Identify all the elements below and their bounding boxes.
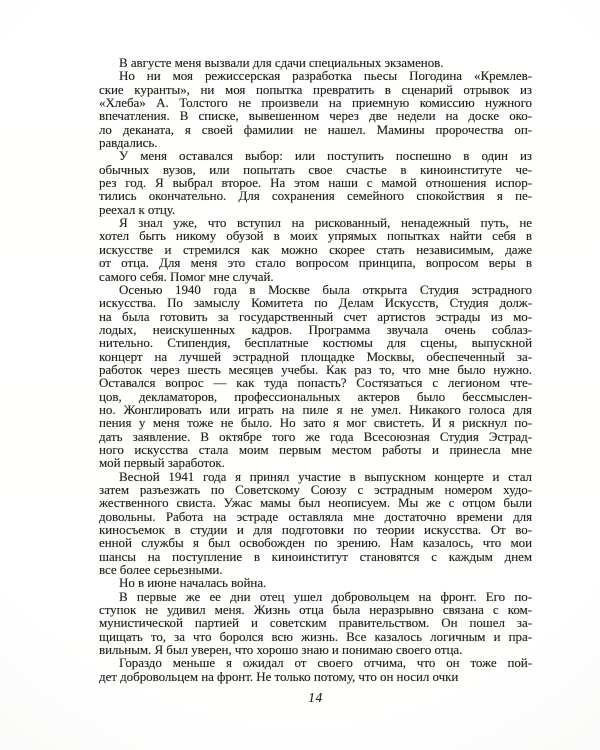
- text-line: киносъемок в студии и для подготовки по …: [99, 523, 532, 536]
- paragraph: У меня оставался выбор: или поступить по…: [99, 149, 532, 216]
- text-line: ло деканата, я своей фамилии не нашел. М…: [99, 123, 532, 136]
- paragraph: Весной 1941 года я принял участие в выпу…: [99, 470, 532, 577]
- paragraph: Осенью 1940 года в Москве была открыта С…: [99, 283, 532, 470]
- scanned-book-page: В августе меня вызвали для сдачи специал…: [0, 0, 600, 750]
- text-line: «Хлеба» А. Толстого не произвели на прие…: [99, 96, 532, 109]
- text-line: концерт на лучшей эстрадной площадке Мос…: [99, 350, 532, 363]
- text-line: искусстве и стремился как можно скорее с…: [99, 243, 532, 256]
- text-line: мунистической партией и советским правит…: [99, 616, 532, 629]
- paragraph: Я знал уже, что вступил на рискованный, …: [99, 216, 532, 283]
- text-line: Осенью 1940 года в Москве была открыта С…: [99, 283, 532, 296]
- text-line: шансы на поступление в киноинститут стан…: [99, 550, 532, 563]
- paragraph: В первые же ее дни отец ушел добровольце…: [99, 590, 532, 657]
- text-line: Но в июне началась война.: [99, 576, 532, 589]
- text-line: ного искусства стала моим первым местом …: [99, 443, 532, 456]
- text-line: тились окончательно. Для сохранения семе…: [99, 189, 532, 202]
- text-line: на была готовить за государственный счет…: [99, 310, 532, 323]
- page-text-block: В августе меня вызвали для сдачи специал…: [99, 56, 532, 683]
- text-line: но. Жонглировать или играть на пиле я не…: [99, 403, 532, 416]
- text-line: рез год. Я выбрал второе. На этом наши с…: [99, 176, 532, 189]
- text-line: Весной 1941 года я принял участие в выпу…: [99, 470, 532, 483]
- text-line: довольны. Работа на эстраде оставляла мн…: [99, 510, 532, 523]
- paragraph: В августе меня вызвали для сдачи специал…: [99, 56, 532, 69]
- text-line: ступок не удивил меня. Жизнь отца была н…: [99, 603, 532, 616]
- text-line: все более серьезными.: [99, 563, 532, 576]
- text-line: ские куранты», ни моя попытка превратить…: [99, 83, 532, 96]
- text-line: работок через шесть месяцев учебы. Как р…: [99, 363, 532, 376]
- text-line: хотел быть никому обузой в моих упрямых …: [99, 229, 532, 242]
- paragraph: Но в июне началась война.: [99, 576, 532, 589]
- text-line: равдались.: [99, 136, 532, 149]
- text-line: У меня оставался выбор: или поступить по…: [99, 149, 532, 162]
- text-line: реехал к отцу.: [99, 203, 532, 216]
- text-line: впечатления. В списке, вывешенном через …: [99, 109, 532, 122]
- text-line: от отца. Для меня это стало вопросом при…: [99, 256, 532, 269]
- text-line: енной службы я был освобожден по зрению.…: [99, 536, 532, 549]
- text-line: обычных вузов, или попытать свое счастье…: [99, 163, 532, 176]
- text-line: В первые же ее дни отец ушел добровольце…: [99, 590, 532, 603]
- page-number: 14: [99, 690, 532, 706]
- text-line: цов, декламаторов, профессиональных акте…: [99, 390, 532, 403]
- text-line: дать заявление. В октябре того же года В…: [99, 430, 532, 443]
- text-line: затем разъезжать по Советскому Союзу с э…: [99, 483, 532, 496]
- text-line: самого себя. Помог мне случай.: [99, 270, 532, 283]
- text-line: нительно. Стипендия, бесплатные костюмы …: [99, 336, 532, 349]
- text-line: Но ни моя режиссерская разработка пьесы …: [99, 69, 532, 82]
- text-line: мой первый заработок.: [99, 456, 532, 469]
- text-line: Я знал уже, что вступил на рискованный, …: [99, 216, 532, 229]
- text-line: щищать то, за что боролся всю жизнь. Все…: [99, 630, 532, 643]
- text-line: В августе меня вызвали для сдачи специал…: [99, 56, 532, 69]
- text-line: жественного свиста. Ужас мамы был неопис…: [99, 496, 532, 509]
- paragraph: Но ни моя режиссерская разработка пьесы …: [99, 69, 532, 149]
- paragraph: Гораздо меньше я ожидал от своего отчима…: [99, 656, 532, 683]
- text-line: пения у меня тоже не было. Но зато я мог…: [99, 416, 532, 429]
- text-line: Оставался вопрос — как туда попасть? Сос…: [99, 376, 532, 389]
- text-line: вильным. Я был уверен, что хорошо знаю и…: [99, 643, 532, 656]
- text-line: дет добровольцем на фронт. Не только пот…: [99, 670, 532, 683]
- text-line: искусства. По замыслу Комитета по Делам …: [99, 296, 532, 309]
- text-line: Гораздо меньше я ожидал от своего отчима…: [99, 656, 532, 669]
- text-line: лодых, неискушенных кадров. Программа зв…: [99, 323, 532, 336]
